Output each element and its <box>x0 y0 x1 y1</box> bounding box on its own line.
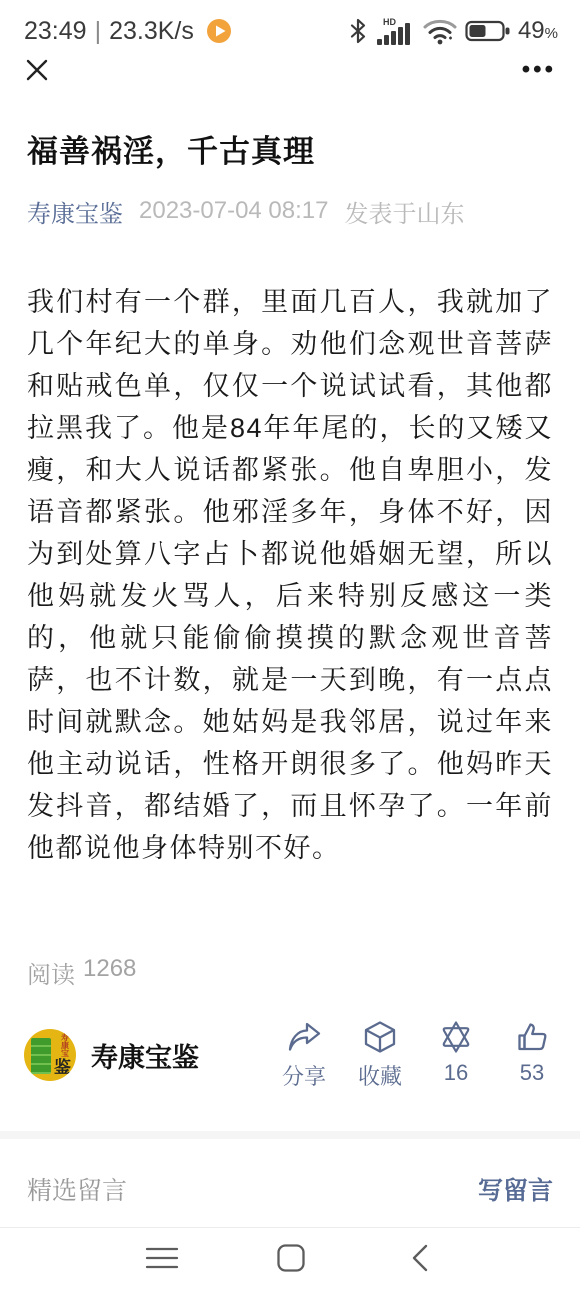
wow-flower-icon <box>439 1020 473 1054</box>
write-comment-button[interactable]: 写留言 <box>478 1171 553 1207</box>
home-button[interactable] <box>269 1236 313 1280</box>
hd-label: HD <box>383 17 396 27</box>
share-label: 分享 <box>282 1060 326 1091</box>
close-button[interactable] <box>24 57 50 83</box>
system-nav-bar <box>0 1228 580 1289</box>
more-button[interactable]: ••• <box>522 56 556 84</box>
battery-icon <box>465 18 511 44</box>
collect-icon <box>363 1020 397 1054</box>
read-count-value: 1268 <box>83 955 136 990</box>
status-bar: 23:49 | 23.3K/s HD <box>0 0 580 46</box>
play-badge-icon <box>206 18 232 44</box>
battery-percent: 49% <box>518 17 558 45</box>
share-icon <box>286 1020 322 1054</box>
clock-text: 23:49 <box>24 17 87 46</box>
bluetooth-icon <box>348 17 368 45</box>
comments-header-row: 精选留言 写留言 <box>0 1139 580 1227</box>
like-button[interactable]: 53 <box>508 1020 556 1091</box>
wechat-article-page: 23:49 | 23.3K/s HD <box>0 0 580 1289</box>
share-button[interactable]: 分享 <box>280 1020 328 1091</box>
network-speed-text: 23.3K/s <box>109 17 194 46</box>
author-bar: 寿康宝 鉴 寿康宝鉴 分享 收藏 16 <box>24 1020 556 1091</box>
wow-button[interactable]: 16 <box>432 1020 480 1091</box>
account-name[interactable]: 寿康宝鉴 <box>91 1036 199 1075</box>
read-count-label: 阅读 <box>27 955 75 990</box>
menu-button[interactable] <box>140 1236 184 1280</box>
avatar-big-text: 鉴 <box>54 1053 71 1078</box>
status-separator: | <box>95 17 102 46</box>
signal-icon: HD <box>375 16 415 46</box>
article-body: 我们村有一个群，里面几百人，我就加了几个年纪大的单身。劝他们念观世音菩萨和贴戒色… <box>27 281 553 869</box>
read-count: 阅读 1268 <box>27 955 553 990</box>
account-avatar[interactable]: 寿康宝 鉴 <box>24 1029 76 1081</box>
section-separator <box>0 1131 580 1139</box>
article-title: 福善祸淫，千古真理 <box>27 130 553 173</box>
comments-header: 精选留言 <box>27 1171 127 1207</box>
back-button[interactable] <box>398 1236 442 1280</box>
collect-button[interactable]: 收藏 <box>356 1020 404 1091</box>
article-titlebar: ••• <box>0 46 580 94</box>
thumb-up-icon <box>515 1020 549 1054</box>
like-count: 53 <box>520 1060 544 1086</box>
wow-count-collect-label: 收藏 <box>358 1060 402 1091</box>
publish-location: 发表于山东 <box>345 194 465 229</box>
wow-count: 16 <box>444 1060 468 1086</box>
avatar-bamboo-art <box>31 1038 51 1074</box>
byline: 寿康宝鉴 2023-07-04 08:17 发表于山东 <box>27 194 553 229</box>
wifi-icon <box>422 16 458 46</box>
publish-time: 2023-07-04 08:17 <box>139 197 329 225</box>
account-link[interactable]: 寿康宝鉴 <box>27 194 123 229</box>
action-bar: 分享 收藏 16 53 <box>280 1020 556 1091</box>
